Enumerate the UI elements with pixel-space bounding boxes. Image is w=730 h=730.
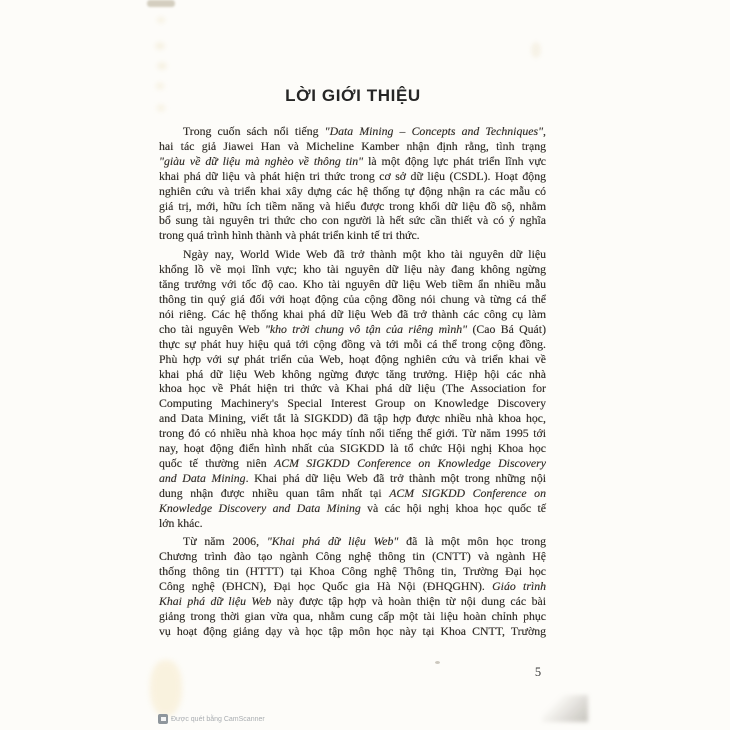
watermark-label: Được quét bằng CamScanner (171, 716, 265, 723)
text-line: dung nhận được nhiều quan tâm nhất tại A… (159, 486, 546, 501)
text-line: lớn khác. (159, 516, 546, 531)
text-line: Khai phá dữ liệu Web này được tập hợp và… (159, 594, 546, 609)
text-line: trong đó có nhiều nhà khoa học máy tính … (159, 426, 546, 441)
text-line: khai phá dữ liệu và phát hiện tri thức t… (159, 169, 546, 184)
text-line: Từ năm 2006, "Khai phá dữ liệu Web" đã l… (159, 534, 546, 549)
body-text: Trong cuốn sách nổi tiếng "Data Mining –… (159, 124, 546, 639)
text-line: Knowledge Discovery and Data Mining và c… (159, 501, 546, 516)
text-line: trong quá trình hình thành và phát triển… (159, 228, 546, 243)
paragraph: Trong cuốn sách nổi tiếng "Data Mining –… (159, 124, 546, 243)
paragraph: Từ năm 2006, "Khai phá dữ liệu Web" đã l… (159, 534, 546, 638)
text-line: thống thông tin (HTTT) tại Khoa Công ngh… (159, 564, 546, 579)
text-line: and Data Mining, viết tắt là SIGKDD) đã … (159, 411, 546, 426)
text-line: and Data Mining. Khai phá dữ liệu Web đã… (159, 471, 546, 486)
scanned-book-page: LỜI GIỚI THIỆU Trong cuốn sách nổi tiếng… (0, 0, 730, 730)
text-line: thực sự phát huy hiệu quả tới cộng đồng … (159, 337, 546, 352)
page-title: LỜI GIỚI THIỆU (160, 86, 546, 106)
text-line: Computing Machinery's Special Interest G… (159, 396, 546, 411)
text-line: khổng lồ về mọi lĩnh vực; kho tài nguyên… (159, 262, 546, 277)
text-line: vụ hoạt động giảng dạy và học tập môn họ… (159, 624, 546, 639)
text-line: thông tin quý giá đối với hoạt động của … (159, 292, 546, 307)
text-line: bổ sung tài nguyên tri thức cho con ngườ… (159, 213, 546, 228)
text-line: khoa học về Phát hiện tri thức và Khai p… (159, 381, 546, 396)
scan-speck-right (531, 42, 541, 58)
text-line: Công nghệ (ĐHCN), Đại học Quốc gia Hà Nộ… (159, 579, 546, 594)
camscanner-icon (158, 714, 168, 724)
scan-shadow-bottom-right (542, 695, 588, 722)
scan-speck-dot (435, 661, 440, 664)
text-line: "giàu về dữ liệu mà nghèo về thông tin" … (159, 154, 546, 169)
text-line: tăng trưởng với tốc độ cao. Kho tài nguy… (159, 277, 546, 292)
camscanner-watermark: Được quét bằng CamScanner (158, 714, 265, 724)
scan-smudge-bottom-left (150, 660, 182, 716)
text-line: Phù hợp với sự phát triển của Web, hoạt … (159, 352, 546, 367)
text-line: hai tác giả Jiawei Han và Micheline Kamb… (159, 139, 546, 154)
text-line: giá trị, mới, hữu ích tiềm năng và hiểu … (159, 199, 546, 214)
text-line: nói riêng. Các hệ thống khai phá dữ liệu… (159, 307, 546, 322)
text-line: giảng trong thời gian vừa qua, nhằm cung… (159, 609, 546, 624)
text-line: nay, hoạt động điển hình nhất của SIGKDD… (159, 441, 546, 456)
text-line: khai phá dữ liệu Web không ngừng được tă… (159, 367, 546, 382)
paragraph: Ngày nay, World Wide Web đã trở thành mộ… (159, 247, 546, 530)
text-line: Ngày nay, World Wide Web đã trở thành mộ… (159, 247, 546, 262)
text-line: Chương trình đào tạo ngành Công nghệ thô… (159, 549, 546, 564)
text-line: Trong cuốn sách nổi tiếng "Data Mining –… (159, 124, 546, 139)
text-line: cho tài nguyên Web "kho trời chung vô tậ… (159, 322, 546, 337)
text-line: quốc tế thường niên ACM SIGKDD Conferenc… (159, 456, 546, 471)
page-number: 5 (528, 665, 548, 680)
text-line: nghiên cứu và triển khai xây dựng các hệ… (159, 184, 546, 199)
scan-smudge-top-left (147, 0, 175, 7)
